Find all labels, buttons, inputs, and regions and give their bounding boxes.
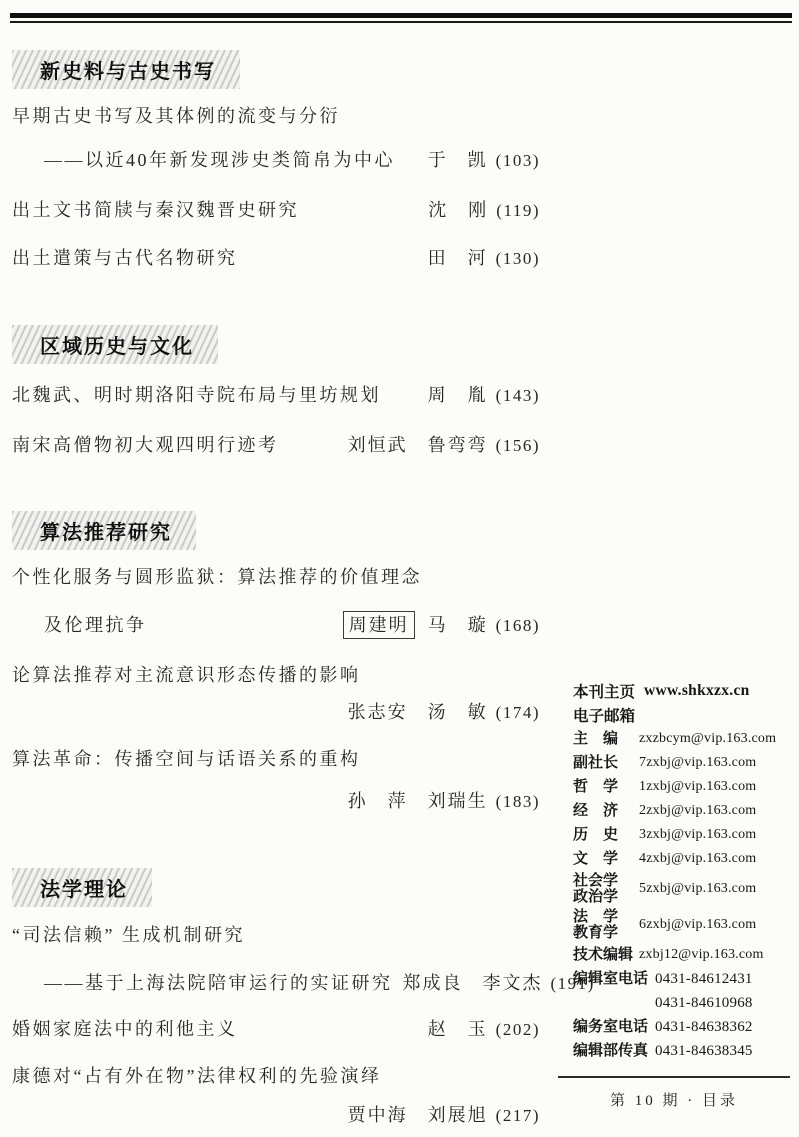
article-subtitle: ——以近40年新发现涉史类简帛为中心: [12, 148, 395, 172]
page-number: (156): [496, 434, 540, 458]
page-number: (217): [496, 1104, 540, 1128]
article-title: 南宋高僧物初大观四明行迹考: [12, 433, 279, 457]
journal-toc-page: 新史料与古史书写 早期古史书写及其体例的流变与分衍 ——以近40年新发现涉史类简…: [0, 0, 799, 1137]
article-authors: 张志安 汤 敏: [348, 700, 488, 724]
email-value: zxzbcym@vip.163.com: [639, 731, 776, 747]
article-byline: 田 河 (130): [428, 246, 540, 271]
phone-row: 编辑室电话 0431-84612431: [573, 967, 793, 991]
email-label: 哲 学: [573, 779, 639, 795]
article-row: 算法革命：传播空间与话语关系的重构: [12, 747, 540, 771]
article-row: “司法信赖” 生成机制研究: [12, 923, 540, 947]
email-row: 哲 学 1zxbj@vip.163.com: [573, 775, 793, 799]
top-rule-thick: [10, 13, 792, 18]
section-header-algorithm-recommendation: 算法推荐研究: [12, 511, 196, 550]
article-byline: 刘恒武 鲁弯弯 (156): [348, 433, 540, 458]
article-authors: 贾中海 刘展旭: [348, 1103, 488, 1127]
email-value: 7zxbj@vip.163.com: [639, 755, 756, 771]
page-number: (202): [496, 1018, 540, 1042]
article-authors-row: 张志安 汤 敏 (174): [12, 700, 540, 725]
phone-row: 0431-84610968: [573, 991, 793, 1015]
phone-row: 编辑部传真 0431-84638345: [573, 1039, 793, 1063]
email-value: 3zxbj@vip.163.com: [639, 827, 756, 843]
phone-value: 0431-84610968: [655, 995, 753, 1012]
article-row: 南宋高僧物初大观四明行迹考 刘恒武 鲁弯弯 (156): [12, 433, 540, 458]
page-number: (168): [496, 614, 540, 638]
issue-footer: 第 10 期 · 目录: [558, 1089, 790, 1110]
phone-label: 编辑室电话: [573, 971, 655, 987]
article-authors: 沈 刚: [428, 198, 488, 222]
email-label: 历 史: [573, 827, 639, 843]
email-row: 经 济 2zxbj@vip.163.com: [573, 799, 793, 823]
article-byline: 张志安 汤 敏 (174): [348, 700, 540, 725]
email-value: zxbj12@vip.163.com: [639, 947, 764, 963]
article-title: 出土文书简牍与秦汉魏晋史研究: [12, 198, 299, 222]
article-authors: 刘恒武 鲁弯弯: [348, 433, 488, 457]
article-byline: 沈 刚 (119): [428, 198, 540, 223]
homepage-label: 本刊主页: [573, 680, 635, 702]
page-number: (119): [496, 199, 540, 223]
article-row: 出土文书简牍与秦汉魏晋史研究 沈 刚 (119): [12, 198, 540, 223]
article-row: 及伦理抗争 周建明 马 璇 (168): [12, 611, 540, 639]
article-title: 算法革命：传播空间与话语关系的重构: [12, 747, 361, 771]
email-header: 电子邮箱: [573, 704, 635, 726]
phone-value: 0431-84638362: [655, 1019, 753, 1036]
phone-value: 0431-84612431: [655, 971, 753, 988]
page-number: (143): [496, 384, 540, 408]
email-row: 主 编 zxzbcym@vip.163.com: [573, 727, 793, 751]
email-row: 历 史 3zxbj@vip.163.com: [573, 823, 793, 847]
article-row: 论算法推荐对主流意识形态传播的影响: [12, 663, 540, 687]
email-value: 6zxbj@vip.163.com: [639, 917, 756, 933]
article-title: 个性化服务与圆形监狱：算法推荐的价值理念: [12, 565, 422, 589]
article-subtitle: 及伦理抗争: [12, 613, 147, 637]
page-number: (103): [496, 149, 540, 173]
article-title: 婚姻家庭法中的利他主义: [12, 1017, 238, 1041]
article-title: 北魏武、明时期洛阳寺院布局与里坊规划: [12, 383, 381, 407]
article-authors: 赵 玉: [428, 1017, 488, 1041]
article-byline: 周 胤 (143): [428, 383, 540, 408]
article-row: 婚姻家庭法中的利他主义 赵 玉 (202): [12, 1017, 540, 1042]
article-authors: 郑成良 李文杰: [403, 971, 543, 995]
sidebar-divider: [558, 1076, 790, 1078]
email-label: 技术编辑: [573, 947, 639, 963]
email-label: 副社长: [573, 755, 639, 771]
phone-value: 0431-84638345: [655, 1043, 753, 1060]
article-title: “司法信赖” 生成机制研究: [12, 923, 245, 947]
page-number: (174): [496, 701, 540, 725]
article-title: 康德对“占有外在物”法律权利的先验演绎: [12, 1064, 381, 1088]
article-row: 出土遣策与古代名物研究 田 河 (130): [12, 246, 540, 271]
email-row: 副社长 7zxbj@vip.163.com: [573, 751, 793, 775]
article-row: 康德对“占有外在物”法律权利的先验演绎: [12, 1064, 540, 1088]
email-value: 4zxbj@vip.163.com: [639, 851, 756, 867]
homepage-row: 本刊主页 www.shkxzx.cn: [573, 679, 793, 703]
phone-label: 编辑部传真: [573, 1043, 655, 1059]
email-row: 社会学 政治学 5zxbj@vip.163.com: [573, 871, 793, 907]
article-byline: 赵 玉 (202): [428, 1017, 540, 1042]
homepage-url: www.shkxzx.cn: [644, 682, 750, 700]
section-header-legal-theory: 法学理论: [12, 868, 152, 907]
article-byline: 郑成良 李文杰 (191): [403, 971, 595, 996]
article-subtitle: ——基于上海法院陪审运行的实证研究: [12, 971, 393, 995]
email-label: 法 学 教育学: [573, 909, 639, 941]
article-row: 北魏武、明时期洛阳寺院布局与里坊规划 周 胤 (143): [12, 383, 540, 408]
article-authors: 孙 萍 刘瑞生: [348, 789, 488, 813]
email-label: 社会学 政治学: [573, 873, 639, 905]
phone-label: 编务室电话: [573, 1019, 655, 1035]
article-byline: 于 凯 (103): [428, 148, 540, 173]
article-authors: 马 璇: [428, 613, 488, 637]
page-number: (130): [496, 247, 540, 271]
article-title: 论算法推荐对主流意识形态传播的影响: [12, 663, 361, 687]
top-rule-thin: [10, 21, 792, 23]
article-authors: 田 河: [428, 246, 488, 270]
article-authors-row: 贾中海 刘展旭 (217): [12, 1103, 540, 1128]
article-authors-row: 孙 萍 刘瑞生 (183): [12, 789, 540, 814]
editorial-contact-sidebar: 本刊主页 www.shkxzx.cn 电子邮箱 主 编 zxzbcym@vip.…: [573, 679, 793, 1063]
article-byline: 孙 萍 刘瑞生 (183): [348, 789, 540, 814]
article-byline: 贾中海 刘展旭 (217): [348, 1103, 540, 1128]
article-row: ——基于上海法院陪审运行的实证研究 郑成良 李文杰 (191): [12, 971, 540, 996]
article-row: ——以近40年新发现涉史类简帛为中心 于 凯 (103): [12, 148, 540, 173]
section-header-regional-history: 区域历史与文化: [12, 325, 218, 364]
email-label: 经 济: [573, 803, 639, 819]
email-value: 1zxbj@vip.163.com: [639, 779, 756, 795]
email-row: 法 学 教育学 6zxbj@vip.163.com: [573, 907, 793, 943]
email-row: 技术编辑 zxbj12@vip.163.com: [573, 943, 793, 967]
article-title: 出土遣策与古代名物研究: [12, 246, 238, 270]
article-authors: 周 胤: [428, 383, 488, 407]
article-row: 早期古史书写及其体例的流变与分衍: [12, 104, 540, 128]
article-row: 个性化服务与圆形监狱：算法推荐的价值理念: [12, 565, 540, 589]
email-row: 文 学 4zxbj@vip.163.com: [573, 847, 793, 871]
phone-row: 编务室电话 0431-84638362: [573, 1015, 793, 1039]
email-header-row: 电子邮箱: [573, 703, 793, 727]
section-header-new-historical-materials: 新史料与古史书写: [12, 50, 240, 89]
email-label: 文 学: [573, 851, 639, 867]
article-authors: 于 凯: [428, 148, 488, 172]
boxed-deceased-author: 周建明: [343, 611, 415, 639]
email-label: 主 编: [573, 731, 639, 747]
page-number: (183): [496, 790, 540, 814]
email-value: 5zxbj@vip.163.com: [639, 881, 756, 897]
article-title: 早期古史书写及其体例的流变与分衍: [12, 104, 340, 128]
email-value: 2zxbj@vip.163.com: [639, 803, 756, 819]
article-byline: 周建明 马 璇 (168): [343, 611, 540, 639]
